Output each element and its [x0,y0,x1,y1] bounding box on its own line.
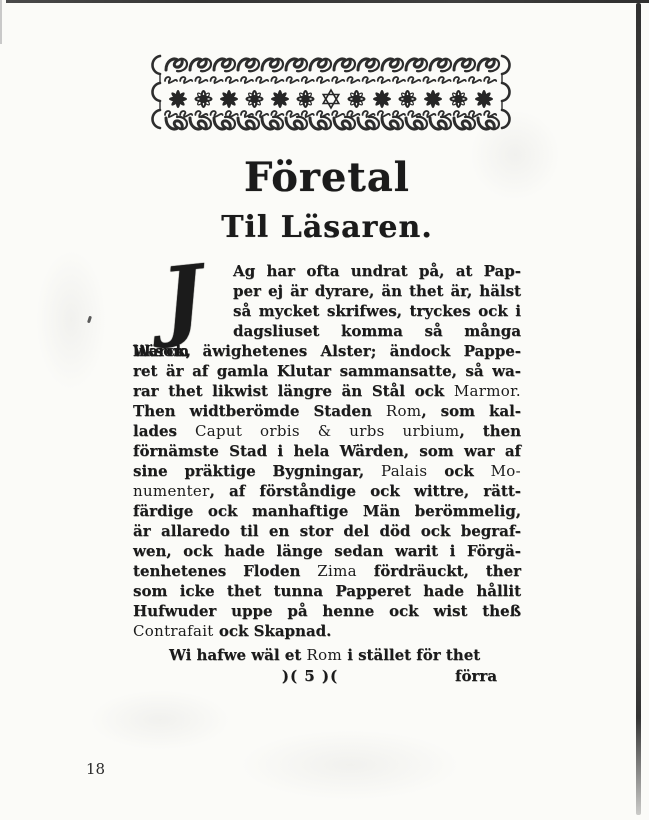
text-line: är allaredo til en stor del död ock begr… [133,521,521,541]
roman-text-segment: Rom [307,646,342,664]
roman-text-segment: Zima [317,562,357,580]
fraktur-text-segment: förnämste Stad i hela Wärden, som war af [133,442,521,460]
fraktur-text-segment: Ag har ofta undrat på, at Pap- [233,262,521,280]
fraktur-text-segment: i stället för thet [342,646,480,664]
roman-text-segment: Caput orbis & urbs urbium [195,422,459,440]
text-line: Hufwuder uppe på henne ock wist theß [133,601,521,621]
ink-speck [87,316,92,324]
text-line: Then widtberömde Staden Rom, som kal- [133,401,521,421]
page-title: Företal [133,156,521,200]
fraktur-text-segment: , af förståndige ock wittre, rätt- [210,482,521,500]
fraktur-text-segment: sine präktige Bygningar, [133,462,381,480]
text-line: som icke thet tunna Papperet hade hållit [133,581,521,601]
text-line: ret är af gamla Klutar sammansatte, så w… [133,361,521,381]
drop-cap-initial: J [129,256,237,346]
text-line: sine präktige Bygningar, Palais ock Mo- [133,461,521,481]
fraktur-text-segment: färdige ock manhaftige Män berömmelig, [133,502,521,520]
fraktur-text-segment: fördräuckt, ther [357,562,521,580]
body-text: J Ag har ofta undrat på, at Pap-per ej ä… [133,261,521,686]
scan-edge-right [636,3,641,815]
fraktur-text-segment: , som kal- [421,402,521,420]
text-line: wen, ock hade länge sedan warit i Förgä- [133,541,521,561]
roman-text-segment: Marmor. [454,382,521,400]
fraktur-text-segment: rar thet likwist längre än Stål ock [133,382,454,400]
fraktur-text-segment: per ej är dyrare, än thet är, hälst [233,282,521,300]
scanned-book-page: Företal Til Läsaren. J Ag har ofta undra… [0,0,649,820]
fraktur-text-segment: tenhetenes Floden [133,562,317,580]
fraktur-text-segment: ock Skapnad. [214,622,332,640]
headpiece-ornament-icon [147,53,515,133]
catchword: förra [455,666,497,686]
fraktur-text-segment: lades [133,422,195,440]
text-line: tenhetenes Floden Zima fördräuckt, ther [133,561,521,581]
paper-smudge [36,250,106,390]
catchline-row: )( 5 )(förra [133,666,521,686]
text-line: förnämste Stad i hela Wärden, som war af [133,441,521,461]
scan-edge-top [6,0,649,3]
fraktur-text-segment: wen, ock hade länge sedan warit i Förgä- [133,542,521,560]
text-line: Contrafait ock Skapnad. [133,621,521,641]
text-line: Wi hafwe wäl et Rom i stället för thet [169,645,521,665]
fraktur-text-segment: Hufwuder uppe på henne ock wist theß [133,602,521,620]
roman-text-segment: Rom [386,402,421,420]
fraktur-text-segment: Then widtberömde Staden [133,402,386,420]
fraktur-text-segment: så mycket skrifwes, tryckes ock i [233,302,521,320]
fraktur-text-segment: som icke thet tunna Papperet hade hållit [133,582,521,600]
fraktur-text-segment: ock [427,462,490,480]
roman-text-segment: Contrafait [133,622,214,640]
signature-mark: )( 5 )( [282,666,338,686]
fraktur-text-segment: är allaredo til en stor del död ock begr… [133,522,521,540]
fraktur-text-segment: ret är af gamla Klutar sammansatte, så w… [133,362,521,380]
roman-text-segment: Mo- [491,462,521,480]
text-line: lades Caput orbis & urbs urbium, then [133,421,521,441]
text-line: rar thet likwist längre än Stål ock Marm… [133,381,521,401]
roman-text-segment: numenter [133,482,210,500]
fraktur-text-segment: , then [459,422,521,440]
fraktur-text-segment: Wi hafwe wäl et [169,646,307,664]
roman-text-segment: Palais [381,462,427,480]
paper-smudge [90,690,230,750]
page-subtitle: Til Läsaren. [133,211,521,244]
text-line: färdige ock manhaftige Män berömmelig, [133,501,521,521]
scan-edge-left [0,0,2,44]
page-number: 18 [86,760,105,778]
paper-smudge [240,730,460,800]
text-line: numenter, af förståndige ock wittre, rät… [133,481,521,501]
second-paragraph: Wi hafwe wäl et Rom i stället för thet [169,645,521,665]
